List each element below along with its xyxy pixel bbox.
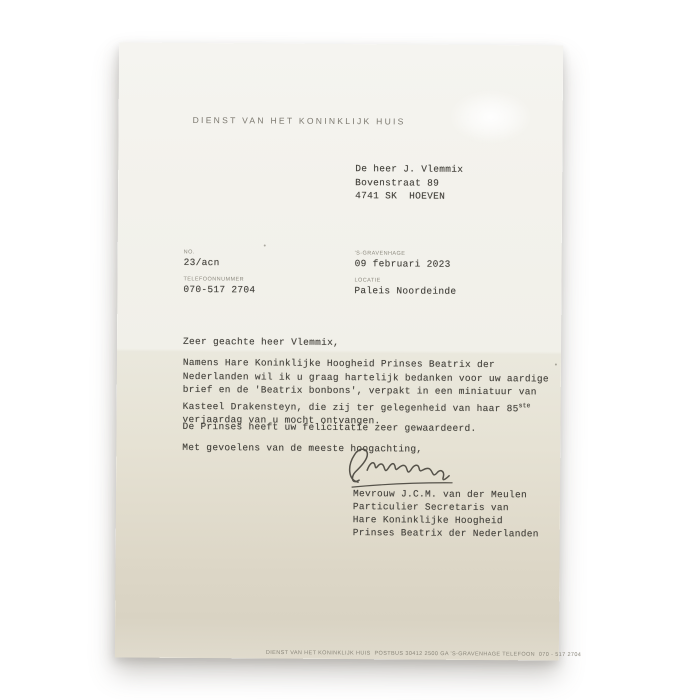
letterhead-title: DIENST VAN HET KONINKLIJK HUIS bbox=[193, 115, 406, 126]
signature-block: Mevrouw J.C.M. van der Meulen Particulie… bbox=[353, 487, 539, 540]
salutation: Zeer geachte heer Vlemmix, bbox=[183, 335, 339, 350]
body-paragraph-2: De Prinses heeft uw felicitatie zeer gew… bbox=[182, 420, 476, 436]
paper-speck bbox=[264, 244, 266, 246]
recipient-city: 4741 SK HOEVEN bbox=[355, 189, 463, 203]
signer-name: Mevrouw J.C.M. van der Meulen bbox=[353, 487, 539, 501]
signer-title-2: Hare Koninklijke Hoogheid bbox=[353, 513, 539, 527]
ref-date-value: 09 februari 2023 bbox=[355, 257, 451, 271]
ordinal-suffix: ste bbox=[519, 402, 531, 409]
signer-title-3: Prinses Beatrix der Nederlanden bbox=[353, 526, 539, 540]
scan-background: DIENST VAN HET KONINKLIJK HUIS De heer J… bbox=[0, 0, 700, 700]
body-line-text: Kasteel Drakensteyn, die zij ter gelegen… bbox=[183, 400, 519, 413]
ref-location-label: LOCATIE bbox=[354, 277, 380, 283]
recipient-address: De heer J. Vlemmix Bovenstraat 89 4741 S… bbox=[355, 162, 463, 203]
handwritten-signature bbox=[342, 442, 464, 491]
embossed-crest bbox=[450, 91, 530, 144]
paper-footer: DIENST VAN HET KONINKLIJK HUIS POSTBUS 3… bbox=[115, 643, 559, 664]
ref-no-label: NO. bbox=[184, 249, 195, 255]
ref-no-value: 23/acn bbox=[184, 256, 220, 270]
ref-phone-label: TELEFOONNUMMER bbox=[183, 276, 244, 282]
letter-paper: DIENST VAN HET KONINKLIJK HUIS De heer J… bbox=[115, 42, 563, 660]
ref-phone-value: 070-517 2704 bbox=[183, 283, 255, 297]
recipient-street: Bovenstraat 89 bbox=[355, 176, 463, 190]
ref-location-value: Paleis Noordeinde bbox=[354, 284, 456, 298]
footer-imprint: DIENST VAN HET KONINKLIJK HUIS POSTBUS 3… bbox=[266, 649, 581, 657]
ref-place-label: 'S-GRAVENHAGE bbox=[355, 250, 406, 256]
paper-speck bbox=[555, 364, 557, 366]
body-paragraph-1: Namens Hare Koninklijke Hoogheid Prinses… bbox=[182, 356, 549, 429]
signer-title-1: Particulier Secretaris van bbox=[353, 500, 539, 514]
recipient-name: De heer J. Vlemmix bbox=[355, 162, 463, 176]
